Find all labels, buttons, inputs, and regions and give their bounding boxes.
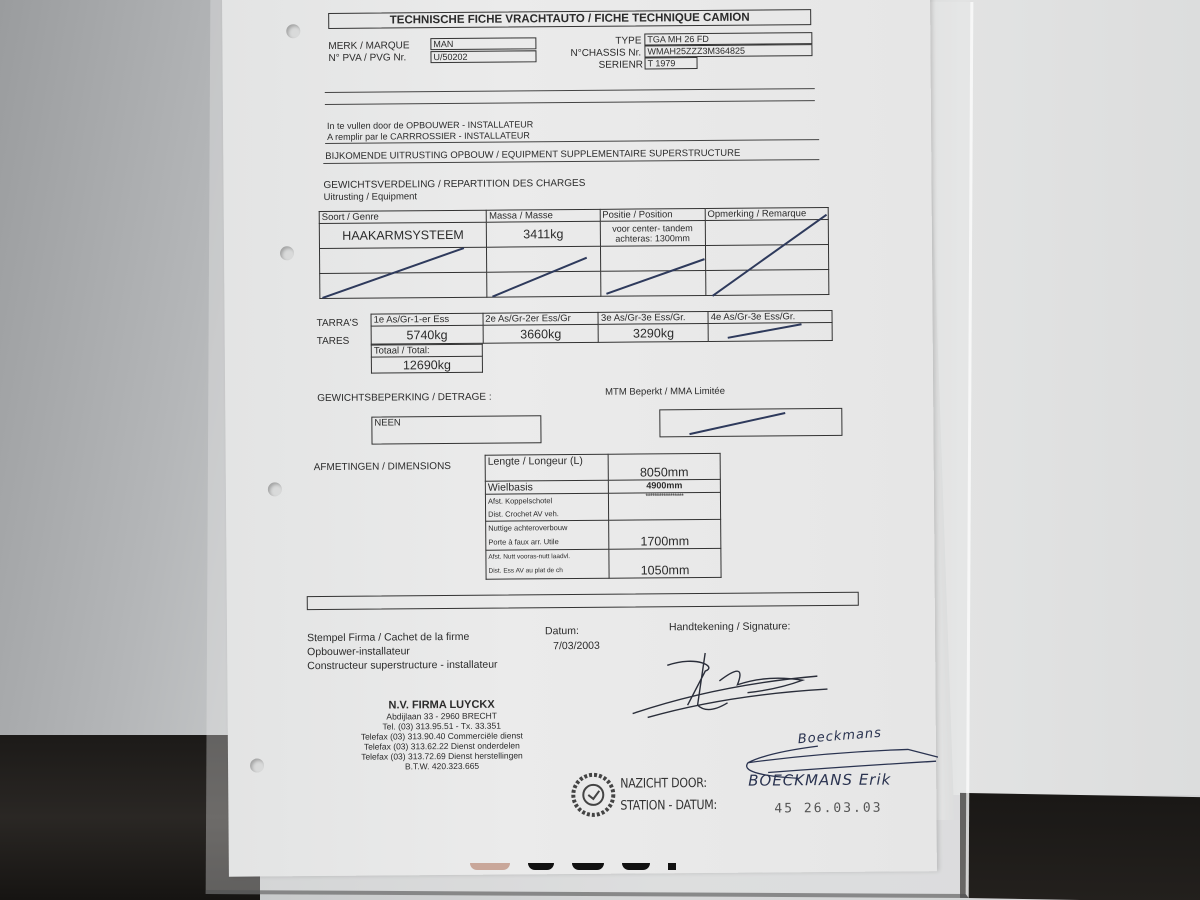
- total-table: Totaal / Total: 12690kg: [371, 344, 483, 374]
- axle-header: 4e As/Gr-3e Ess/Gr.: [708, 310, 832, 323]
- axle-header: 3e As/Gr-3e Ess/Gr.: [598, 311, 708, 324]
- weight-distribution-heading: GEWICHTSVERDELING / REPARTITION DES CHAR…: [323, 178, 585, 192]
- detrage-field: NEEN: [371, 415, 541, 444]
- axle-value: 3290kg: [599, 323, 709, 342]
- dimensions-table: Lengte / Longeur (L) 8050mm Wielbasis 49…: [485, 453, 722, 580]
- punch-hole: [286, 24, 300, 38]
- merk-label: MERK / MARQUE: [328, 40, 409, 52]
- mma-label: MTM Beperkt / MMA Limitée: [605, 387, 725, 399]
- remarque-cell: [705, 270, 828, 296]
- dimension-label-line: Dist. Crochet AV veh.: [488, 507, 606, 521]
- punch-hole: [280, 246, 294, 260]
- axle-header: 2e As/Gr-2er Ess/Gr: [483, 312, 599, 325]
- genre-cell: [320, 272, 488, 298]
- punch-hole: [268, 482, 282, 496]
- stamp-label-1: Stempel Firma / Cachet de la firme: [307, 631, 469, 644]
- date-label: Datum:: [545, 625, 579, 637]
- genre-cell: HAAKARMSYSTEEM: [319, 222, 487, 248]
- pva-label: N° PVA / PVG Nr.: [328, 52, 406, 64]
- divider: [325, 100, 815, 105]
- dimension-label-line: Dist. Ess AV au plat de ch: [488, 564, 606, 579]
- merk-field: MAN: [430, 37, 536, 50]
- position-cell: [600, 270, 705, 296]
- station-date-value: 45 26.03.03: [774, 802, 882, 818]
- punch-hole: [250, 758, 264, 772]
- chassis-field: WMAH25ZZZ3M364825: [644, 44, 812, 57]
- tares-label-fr: TARES: [317, 336, 350, 348]
- column-header: Massa / Masse: [487, 209, 600, 222]
- dimension-label-line: Afst. Nutt vooras-nutt laadvl.: [488, 550, 606, 565]
- dimensions-label: AFMETINGEN / DIMENSIONS: [314, 461, 451, 474]
- position-cell: [600, 245, 705, 271]
- dimension-value: 8050mm: [608, 453, 720, 480]
- dimension-label-line: Nuttige achteroverbouw: [488, 521, 606, 536]
- column-header: Positie / Position: [600, 208, 705, 221]
- signature-scribble: [627, 644, 838, 726]
- technical-sheet: TECHNISCHE FICHE VRACHTAUTO / FICHE TECH…: [222, 0, 937, 877]
- dimension-label: Wielbasis: [485, 480, 608, 494]
- empty-remarks-box: [307, 592, 859, 610]
- column-header: Opmerking / Remarque: [705, 208, 828, 221]
- signature-label: Handtekening / Signature:: [669, 620, 791, 633]
- dimension-label-line: Afst. Koppelschotel: [488, 494, 606, 508]
- dimension-label-line: Porte à faux arr. Utile: [488, 535, 606, 550]
- detrage-label: GEWICHTSBEPERKING / DETRAGE :: [317, 392, 492, 405]
- position-cell: voor center- tandem achteras: 1300mm: [600, 220, 705, 246]
- total-value: 12690kg: [371, 356, 482, 373]
- fill-instruction-fr: A remplir par le CARRROSSIER - INSTALLAT…: [327, 130, 530, 142]
- fill-instruction-nl: In te vullen door de OPBOUWER - INSTALLA…: [327, 119, 533, 131]
- stamp-label-3: Constructeur superstructure - installate…: [307, 659, 497, 673]
- tares-label-nl: TARRA'S: [317, 318, 359, 330]
- stamp-label-2: Opbouwer-installateur: [307, 645, 410, 658]
- dimension-value: 4900mm: [608, 479, 720, 493]
- serie-field: T 1979: [645, 57, 698, 69]
- page-title: TECHNISCHE FICHE VRACHTAUTO / FICHE TECH…: [328, 9, 811, 29]
- sticker-fragment: [470, 857, 750, 867]
- station-date-label: STATION - DATUM:: [620, 799, 717, 815]
- position-line: achteras: 1300mm: [602, 233, 702, 244]
- remarque-cell: [705, 220, 828, 246]
- serie-label: SERIENR: [599, 59, 644, 71]
- axle-value: [708, 322, 832, 341]
- company-btw: B.T.W. 420.323.665: [342, 761, 542, 772]
- dimension-label: Afst. Nutt vooras-nutt laadvl. Dist. Ess…: [486, 549, 609, 579]
- date-value: 7/03/2003: [553, 640, 600, 652]
- weight-distribution-subheading: Uitrusting / Equipment: [324, 192, 418, 204]
- dimension-value: *****************: [608, 492, 720, 520]
- checked-by-label: NAZICHT DOOR:: [620, 777, 707, 793]
- dimension-label: Nuttige achteroverbouw Porte à faux arr.…: [486, 520, 609, 550]
- pva-field: U/50202: [430, 50, 536, 63]
- axle-value: 3660kg: [483, 324, 599, 343]
- inspection-seal-icon: [570, 772, 616, 818]
- dimension-label: Afst. Koppelschotel Dist. Crochet AV veh…: [485, 493, 608, 521]
- axle-header: 1e As/Gr-1-er Ess: [371, 313, 483, 326]
- dimension-value: 1050mm: [609, 548, 721, 578]
- mma-field: [659, 408, 842, 437]
- axle-value: 5740kg: [371, 325, 483, 344]
- total-label: Totaal / Total:: [371, 344, 482, 357]
- masse-cell: 3411kg: [487, 221, 600, 247]
- dimension-label: Lengte / Longeur (L): [485, 454, 608, 481]
- divider: [325, 88, 815, 93]
- equipment-table: Soort / Genre Massa / Masse Positie / Po…: [319, 207, 830, 299]
- floor-right: [960, 793, 1200, 900]
- tares-table: 1e As/Gr-1-er Ess 2e As/Gr-2er Ess/Gr 3e…: [371, 310, 833, 345]
- type-label: TYPE: [615, 35, 641, 47]
- chassis-label: N°CHASSIS Nr.: [570, 47, 641, 59]
- dimension-value: 1700mm: [609, 519, 721, 549]
- inspector-signature-flourish: [708, 731, 938, 783]
